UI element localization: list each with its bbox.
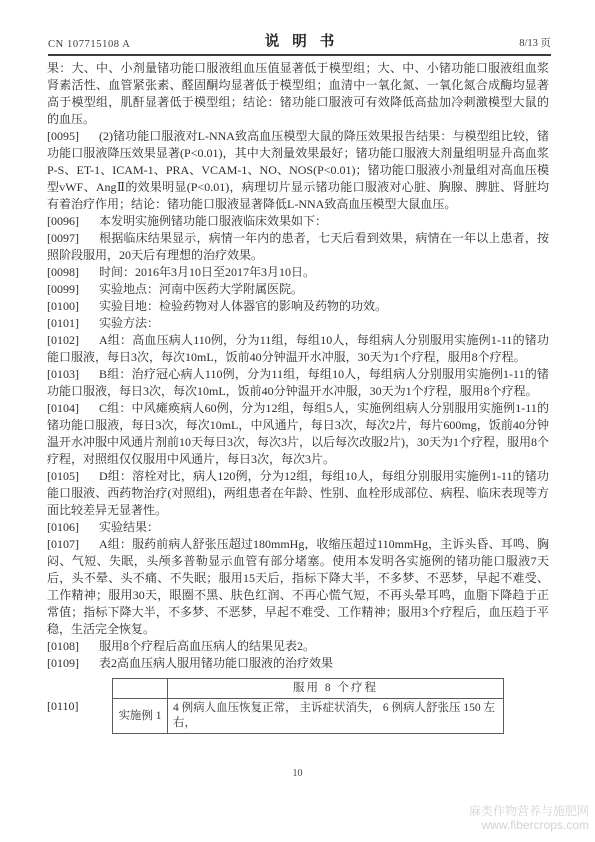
paragraph-text: 服用8个疗程后高血压病人的结果见表2。	[99, 639, 315, 653]
paragraph-number: [0107]	[47, 536, 99, 553]
paragraph-text: A组：高血压病人110例，分为11组，每组10人，每组病人分别服用实施例1-11…	[47, 333, 549, 364]
paragraph-number: [0102]	[47, 332, 99, 349]
paragraph-list: 果：大、中、小剂量锗功能口服液组血压值显著低于模型组；大、中、小锗功能口服液组血…	[47, 60, 549, 672]
table-blank-cell	[113, 679, 168, 699]
paragraph-number: [0110]	[47, 698, 112, 715]
paragraph: [0099]实验地点：河南中医药大学附属医院。	[47, 281, 549, 298]
paragraph-text: (2)锗功能口服液对L-NNA致高血压模型大鼠的降压效果报告结果：与模型组比较，…	[47, 129, 549, 211]
paragraph-text: 实验目地：检验药物对人体器官的影响及药物的功效。	[99, 299, 387, 313]
paragraph: [0103]B组：治疗冠心病人110例，分为11组，每组10人，每组病人分别服用…	[47, 366, 549, 400]
paragraph-number: [0097]	[47, 230, 99, 247]
paragraph-text: 本发明实施例锗功能口服液临床效果如下：	[99, 214, 327, 228]
paragraph: 果：大、中、小剂量锗功能口服液组血压值显著低于模型组；大、中、小锗功能口服液组血…	[47, 60, 549, 128]
paragraph: [0095](2)锗功能口服液对L-NNA致高血压模型大鼠的降压效果报告结果：与…	[47, 128, 549, 213]
paragraph-number: [0095]	[47, 128, 99, 145]
paragraph-text: 实验地点：河南中医药大学附属医院。	[99, 282, 303, 296]
table-header-cell: 服用 8 个疗程	[168, 679, 504, 699]
paragraph-text: 时间：2016年3月10日至2017年3月10日。	[99, 265, 315, 279]
paragraph: [0096]本发明实施例锗功能口服液临床效果如下：	[47, 213, 549, 230]
page-indicator: 8/13 页	[519, 35, 551, 50]
specification-body: 果：大、中、小剂量锗功能口服液组血压值显著低于模型组；大、中、小锗功能口服液组血…	[47, 60, 549, 734]
table-row-value: 4 例病人血压恢复正常， 主诉症状消失， 6 例病人舒张压 150 左右，	[168, 699, 504, 734]
paragraph-text: C组：中风瘫痪病人60例，分为12组，每组5人，实施例组病人分别服用实施例1-1…	[47, 401, 549, 466]
table-header-row: 服用 8 个疗程	[113, 679, 504, 699]
paragraph-number: [0105]	[47, 468, 99, 485]
watermark-site-name: 麻类作物营养与施肥网	[469, 804, 589, 818]
paragraph-number: [0098]	[47, 264, 99, 281]
paragraph-number: [0106]	[47, 519, 99, 536]
paragraph: [0098]时间：2016年3月10日至2017年3月10日。	[47, 264, 549, 281]
page-header: CN 107715108 A 说明书 8/13 页	[48, 34, 551, 56]
paragraph-text: 根据临床结果显示，病情一年内的患者，七天后看到效果，病情在一年以上患者，按照阶段…	[47, 231, 549, 262]
paragraph-number: [0096]	[47, 213, 99, 230]
paragraph-text: 实验方法：	[99, 316, 159, 330]
watermark: 麻类作物营养与施肥网 www.fibercrops.com	[469, 804, 589, 832]
document-title: 说明书	[252, 30, 348, 51]
paragraph-number: [0109]	[47, 655, 99, 672]
patent-specification-page: CN 107715108 A 说明书 8/13 页 果：大、中、小剂量锗功能口服…	[0, 0, 595, 842]
paragraph-number: [0103]	[47, 366, 99, 383]
paragraph-number: [0104]	[47, 400, 99, 417]
paragraph: [0102]A组：高血压病人110例，分为11组，每组10人，每组病人分别服用实…	[47, 332, 549, 366]
paragraph-text: A组：服药前病人舒张压超过180mmHg，收缩压超过110mmHg，主诉头昏、耳…	[47, 537, 549, 636]
paragraph: [0104]C组：中风瘫痪病人60例，分为12组，每组5人，实施例组病人分别服用…	[47, 400, 549, 468]
treatment-result-table: 服用 8 个疗程 实施例 1 4 例病人血压恢复正常， 主诉症状消失， 6 例病…	[112, 678, 504, 734]
paragraph-number: [0101]	[47, 315, 99, 332]
paragraph-text: B组：治疗冠心病人110例，分为11组，每组10人，每组病人分别服用实施例1-1…	[47, 367, 549, 398]
paragraph: [0105]D组：溶栓对比，病人120例，分为12组，每组10人，每组分别服用实…	[47, 468, 549, 519]
watermark-site-url: www.fibercrops.com	[469, 818, 589, 832]
paragraph-text: 果：大、中、小剂量锗功能口服液组血压值显著低于模型组；大、中、小锗功能口服液组血…	[47, 61, 549, 126]
paragraph-number: [0100]	[47, 298, 99, 315]
table-row-label: 实施例 1	[113, 699, 168, 734]
paragraph: [0107]A组：服药前病人舒张压超过180mmHg，收缩压超过110mmHg，…	[47, 536, 549, 638]
paragraph-text: 实验结果：	[99, 520, 159, 534]
table-block: [0110] 服用 8 个疗程 实施例 1 4 例病人血压恢复正常， 主诉症状消…	[47, 678, 549, 734]
paragraph-number: [0108]	[47, 638, 99, 655]
paragraph: [0106]实验结果：	[47, 519, 549, 536]
page-number: 10	[0, 768, 595, 779]
paragraph-text: D组：溶栓对比，病人120例，分为12组，每组10人，每组分别服用实施例1-11…	[47, 469, 549, 517]
paragraph-number: [0099]	[47, 281, 99, 298]
table-row: 实施例 1 4 例病人血压恢复正常， 主诉症状消失， 6 例病人舒张压 150 …	[113, 699, 504, 734]
paragraph: [0100]实验目地：检验药物对人体器官的影响及药物的功效。	[47, 298, 549, 315]
patent-number: CN 107715108 A	[48, 39, 131, 50]
paragraph: [0097]根据临床结果显示，病情一年内的患者，七天后看到效果，病情在一年以上患…	[47, 230, 549, 264]
paragraph-text: 表2高血压病人服用锗功能口服液的治疗效果	[99, 656, 333, 670]
paragraph: [0109]表2高血压病人服用锗功能口服液的治疗效果	[47, 655, 549, 672]
paragraph: [0101]实验方法：	[47, 315, 549, 332]
paragraph: [0108]服用8个疗程后高血压病人的结果见表2。	[47, 638, 549, 655]
